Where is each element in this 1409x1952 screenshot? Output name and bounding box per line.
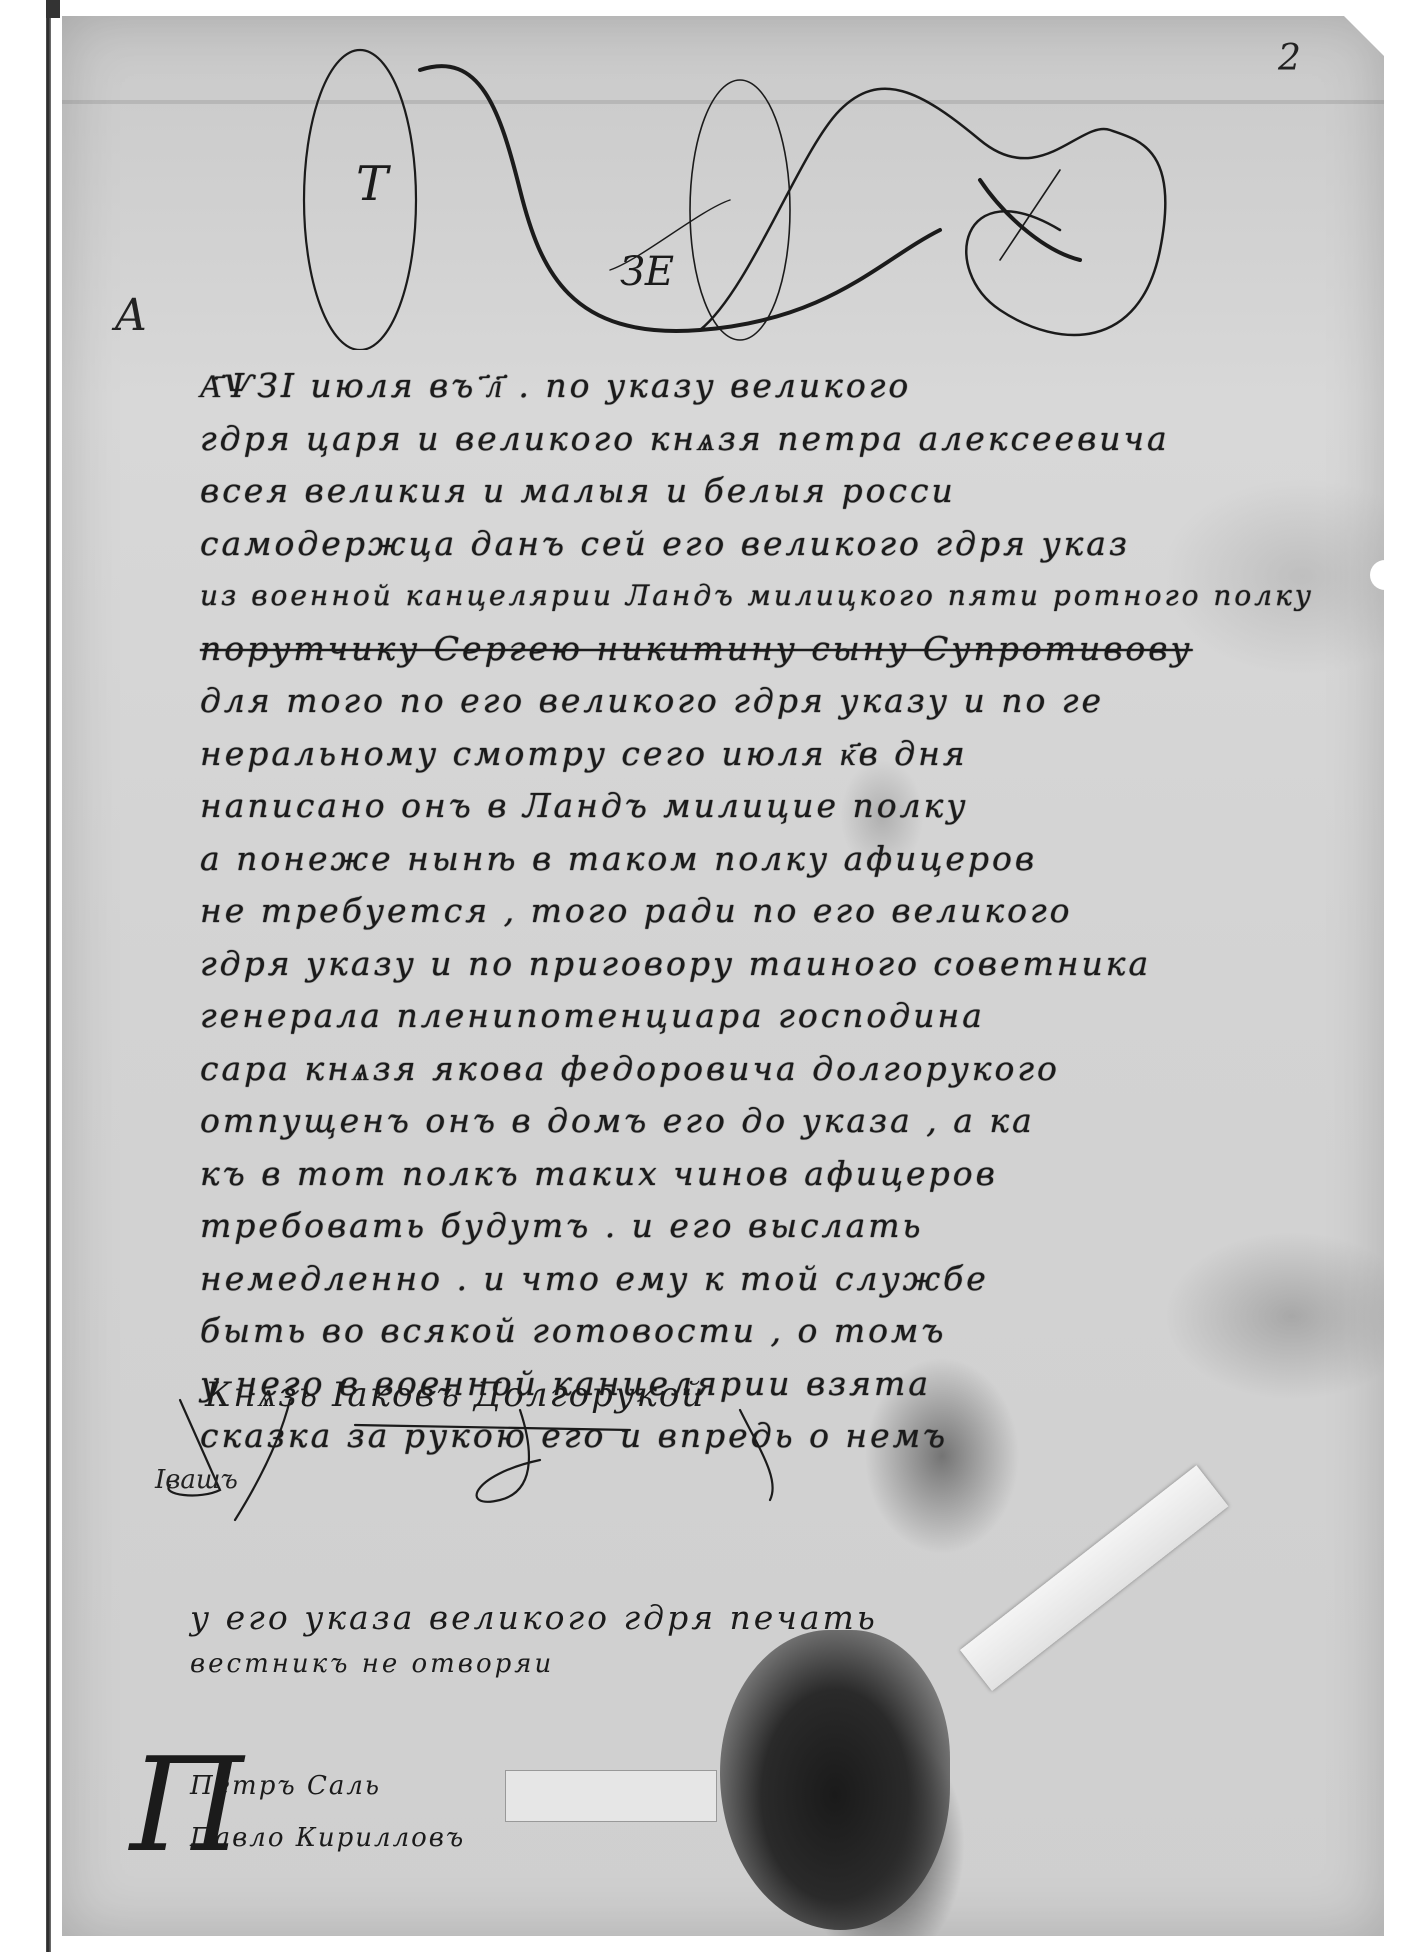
binding-top [46,0,60,18]
paper-tear [1370,560,1400,590]
body-line: всея великия и малыя и белыя росси [200,465,1260,518]
body-line: порутчику Сергею никитину сыну Супротиво… [200,623,1260,676]
body-line: требовать будутъ . и его выслать [200,1200,1260,1253]
seal-paper-slip [505,1770,717,1822]
body-line: гдря царя и великого кнѧзя петра алексее… [200,413,1260,466]
binding-edge [46,0,51,1952]
body-line: А҃ѰЗІ июля въ ҃л҃ . по указу великого [200,360,1260,413]
manuscript-body: А҃ѰЗІ июля въ ҃л҃ . по указу великого гд… [200,360,1260,1463]
signature-dolgorukov: Кнѧзь Iаковъ Долгорукой [205,1375,705,1415]
corner-cut [1344,16,1384,56]
body-line: а понеже нынѣ в таком полку афицеров [200,833,1260,886]
body-line: не требуется , того ради по его великого [200,885,1260,938]
body-line: отпущенъ онъ в домъ его до указа , а ка [200,1095,1260,1148]
clerk-signatures: П Петръ Саль Павло Кирилловъ [130,1760,465,1864]
body-line: немедленно . и что ему к той службе [200,1253,1260,1306]
margin-mark: A [115,290,147,341]
body-line: из военной канцелярии Ландъ милицкого пя… [200,570,1260,623]
body-line: къ в тот полкъ таких чинов афицеров [200,1148,1260,1201]
body-line: для того по его великого гдря указу и по… [200,675,1260,728]
folio-number: 2 [1278,38,1301,79]
body-line: быть во всякой готовости , о томъ [200,1305,1260,1358]
body-line: сара кнѧзя якова федоровича долгорукого [200,1043,1260,1096]
body-line: неральному смотру сего июля к҃в дня [200,728,1260,781]
body-line: написано онъ в Ландъ милицие полку [200,780,1260,833]
title-monogram: Т ЗЕ [280,30,1340,350]
body-line: генерала пленипотенциара господина [200,990,1260,1043]
countersignature: Iвашъ [155,1465,238,1495]
body-line: самодержца данъ сей его великого гдря ук… [200,518,1260,571]
body-line: гдря указу и по приговору таиного советн… [200,938,1260,991]
monogram-lower-letters: ЗЕ [620,249,674,295]
monogram-inner-letter: Т [356,156,391,212]
clerk-initial-flourish: П [130,1740,243,1870]
